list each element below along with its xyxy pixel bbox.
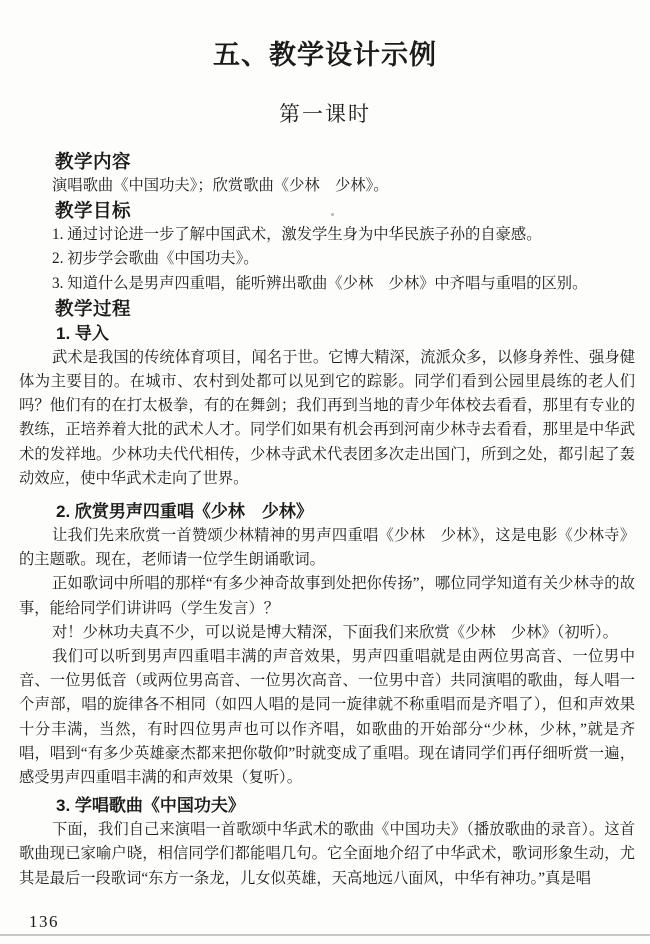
step-heading-3-learn-song: 3. 学唱歌曲《中国功夫》 bbox=[19, 793, 635, 818]
step-heading-2-appreciation: 2. 欣赏男声四重唱《少林 少林》 bbox=[19, 499, 635, 524]
step-2-paragraph-1: 让我们先来欣赏一首赞颂少林精神的男声四重唱《少林 少林》，这是电影《少林寺》的主… bbox=[19, 524, 635, 572]
objective-item-3: 3. 知道什么是男声四重唱，能听辨出歌曲《少林 少林》中齐唱与重唱的区别。 bbox=[19, 272, 635, 296]
section-heading-teaching-process: 教学过程 bbox=[19, 296, 635, 321]
step-3-paragraph: 下面，我们自己来演唱一首歌颂中华武术的歌曲《中国功夫》（播放歌曲的录音）。这首歌… bbox=[19, 818, 635, 891]
scan-edge-line bbox=[0, 934, 650, 936]
step-1-paragraph: 武术是我国的传统体育项目，闻名于世。它博大精深，流派众多，以修身养性、强身健体为… bbox=[19, 346, 635, 491]
scanned-page: 五、教学设计示例 第一课时 教学内容 演唱歌曲《中国功夫》；欣赏歌曲《少林 少林… bbox=[0, 0, 650, 944]
teaching-content-paragraph: 演唱歌曲《中国功夫》；欣赏歌曲《少林 少林》。 bbox=[19, 174, 635, 198]
objective-item-1: 1. 通过讨论进一步了解中国武术，激发学生身为中华民族子孙的自豪感。 bbox=[19, 223, 635, 247]
objective-item-2: 2. 初步学会歌曲《中国功夫》。 bbox=[19, 247, 635, 271]
page-number: 136 bbox=[29, 912, 59, 932]
scan-ink-speck bbox=[331, 213, 334, 216]
step-2-paragraph-3: 对！少林功夫真不少，可以说是博大精深，下面我们来欣赏《少林 少林》（初听）。 bbox=[19, 621, 635, 645]
section-heading-teaching-content: 教学内容 bbox=[19, 149, 635, 174]
lesson-subtitle: 第一课时 bbox=[0, 100, 650, 128]
step-2-paragraph-2: 正如歌词中所唱的那样“有多少神奇故事到处把你传扬”，哪位同学知道有关少林寺的故事… bbox=[19, 572, 635, 620]
page-title: 五、教学设计示例 bbox=[0, 0, 650, 72]
step-2-paragraph-4: 我们可以听到男声四重唱丰满的声音效果，男声四重唱就是由两位男高音、一位男中音、一… bbox=[19, 645, 635, 790]
step-heading-1-introduction: 1. 导入 bbox=[19, 321, 635, 346]
lesson-plan-content: 教学内容 演唱歌曲《中国功夫》；欣赏歌曲《少林 少林》。 教学目标 1. 通过讨… bbox=[19, 149, 635, 891]
section-heading-teaching-objectives: 教学目标 bbox=[19, 198, 635, 223]
